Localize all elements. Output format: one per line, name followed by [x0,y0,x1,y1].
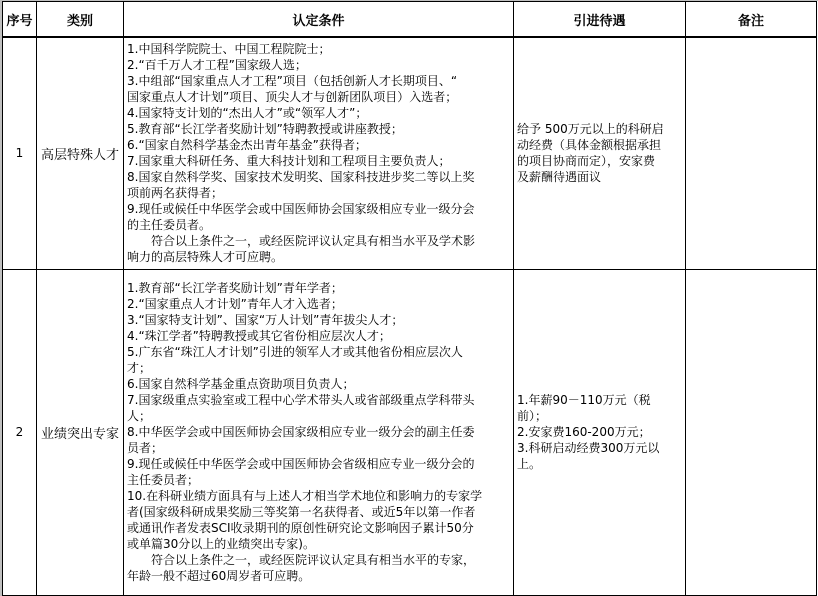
condition-line: 7.国家级重点实验室或工程中心学术带头人或省部级重点学科带头 [127,392,511,408]
condition-line: 10.在科研业绩方面具有与上述人才相当学术地位和影响力的专家学 [127,488,511,504]
condition-line: 主任委员者； [127,472,511,488]
condition-line: 才； [127,360,511,376]
row-index: 2 [3,269,37,595]
condition-line: 4.“珠江学者”特聘教授或其它省份相应层次人才； [127,328,511,344]
benefit-line: 及薪酬待遇面议 [517,169,682,185]
benefit-line: 给予 500万元以上的科研启 [517,121,682,137]
condition-line: 6.国家自然科学基金重点资助项目负责人； [127,376,511,392]
benefit-line: 的项目协商而定），安家费 [517,153,682,169]
summary-line: 响力的高层特殊人才可应聘。 [127,249,511,265]
condition-line: 4.国家特支计划的“杰出人才”或“领军人才”； [127,105,511,121]
summary-line: 符合以上条件之一，或经医院评议认定具有相当水平的专家， [127,552,511,568]
summary-line: 年龄一般不超过60周岁者可应聘。 [127,568,511,584]
benefit-line: 1.年薪90－110万元（税 [517,392,682,408]
row-notes [686,269,817,595]
row-conditions: 1.教育部“长江学者奖励计划”青年学者； 2.“国家重点人才计划”青年人才入选者… [124,269,514,595]
header-row: 序号 类别 认定条件 引进待遇 备注 [3,2,817,38]
header-conditions: 认定条件 [124,2,514,38]
summary-line: 符合以上条件之一，或经医院评议认定具有相当水平及学术影 [127,233,511,249]
condition-line: 项前两名获得者； [127,185,511,201]
condition-line: 5.广东省“珠江人才计划”引进的领军人才或其他省份相应层次人 [127,344,511,360]
condition-line: 人； [127,408,511,424]
condition-line: 7.国家重大科研任务、重大科技计划和工程项目主要负责人； [127,153,511,169]
condition-line: 6.“国家自然科学基金杰出青年基金”获得者； [127,137,511,153]
benefit-line: 2.安家费160-200万元； [517,424,682,440]
condition-line: 9.现任或候任中华医学会或中国医师协会国家级相应专业一级分会 [127,201,511,217]
condition-line: 3.“国家特支计划”、国家“万人计划”青年拔尖人才； [127,312,511,328]
row-conditions: 1.中国科学院院士、中国工程院院士； 2.“百千万人才工程”国家级人选； 3.中… [124,37,514,269]
condition-line: 8.中华医学会或中国医师协会国家级相应专业一级分会的副主任委 [127,424,511,440]
benefit-line: 上。 [517,456,682,472]
row-category: 业绩突出专家 [37,269,124,595]
condition-line: 员者； [127,440,511,456]
condition-line: 9.现任或候任中华医学会或中国医师协会省级相应专业一级分会的 [127,456,511,472]
row-index: 1 [3,37,37,269]
row-benefits: 1.年薪90－110万元（税 前）； 2.安家费160-200万元； 3.科研启… [514,269,686,595]
table-row: 1 高层特殊人才 1.中国科学院院士、中国工程院院士； 2.“百千万人才工程”国… [3,37,817,269]
condition-line: 或单篇30分以上的业绩突出专家)。 [127,536,511,552]
condition-line: 5.教育部“长江学者奖励计划”特聘教授或讲座教授； [127,121,511,137]
condition-line: 3.中组部“国家重点人才工程”项目（包括创新人才长期项目、“ [127,73,511,89]
condition-line: 国家重点人才计划”项目、顶尖人才与创新团队项目）入选者； [127,89,511,105]
condition-line: 1.中国科学院院士、中国工程院院士； [127,41,511,57]
talent-criteria-table: 序号 类别 认定条件 引进待遇 备注 1 高层特殊人才 1.中国科学院院士、中国… [2,1,817,596]
row-notes [686,37,817,269]
benefit-line: 前）； [517,408,682,424]
condition-line: 2.“百千万人才工程”国家级人选； [127,57,511,73]
benefit-line: 动经费（具体金额根据承担 [517,137,682,153]
condition-line: 者(国家级科研成果奖励三等奖第一名获得者、或近5年以第一作者 [127,504,511,520]
condition-line: 或通讯作者发表SCI收录期刊的原创性研究论文影响因子累计50分 [127,520,511,536]
benefit-line: 3.科研启动经费300万元以 [517,440,682,456]
condition-line: 1.教育部“长江学者奖励计划”青年学者； [127,280,511,296]
header-benefits: 引进待遇 [514,2,686,38]
row-benefits: 给予 500万元以上的科研启 动经费（具体金额根据承担 的项目协商而定），安家费… [514,37,686,269]
condition-line: 8.国家自然科学奖、国家技术发明奖、国家科技进步奖二等以上奖 [127,169,511,185]
header-notes: 备注 [686,2,817,38]
header-index: 序号 [3,2,37,38]
condition-line: 2.“国家重点人才计划”青年人才入选者； [127,296,511,312]
table-row: 2 业绩突出专家 1.教育部“长江学者奖励计划”青年学者； 2.“国家重点人才计… [3,269,817,595]
header-category: 类别 [37,2,124,38]
condition-line: 的主任委员者。 [127,217,511,233]
row-category: 高层特殊人才 [37,37,124,269]
